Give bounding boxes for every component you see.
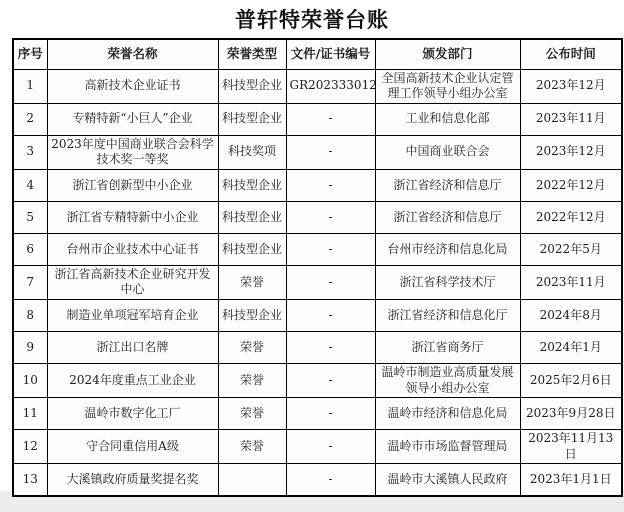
cell-department: 浙江省商务厅 [375, 332, 520, 364]
cell-index: 4 [13, 169, 47, 201]
table-row: 102024年度重点工业企业荣誉-温岭市制造业高质量发展领导小组办公室2025年… [13, 364, 622, 398]
cell-honor-type: 荣誉 [218, 364, 286, 398]
cell-department: 温岭市市场监督管理局 [375, 430, 520, 464]
cell-department: 工业和信息化部 [375, 103, 520, 135]
cell-cert-number: - [286, 201, 375, 233]
cell-honor-name: 温岭市数字化工厂 [47, 398, 218, 430]
cell-index: 7 [13, 265, 47, 299]
cell-publish-date: 2024年8月 [520, 300, 622, 332]
table-row: 8制造业单项冠军培育企业科技型企业-浙江省经济和信息化厅2024年8月 [13, 300, 622, 332]
cell-honor-type: 科技型企业 [218, 69, 286, 103]
cell-department: 浙江省科学技术厅 [375, 265, 520, 299]
table-row: 5浙江省专精特新中小企业科技型企业-浙江省经济和信息厅2022年12月 [13, 201, 622, 233]
column-header-honor-type: 荣誉类型 [218, 39, 286, 69]
cell-index: 5 [13, 201, 47, 233]
cell-cert-number: - [286, 398, 375, 430]
cell-cert-number: - [286, 364, 375, 398]
cell-honor-name: 守合同重信用A级 [47, 430, 218, 464]
cell-honor-name: 专精特新“小巨人”企业 [47, 103, 218, 135]
cell-honor-name: 浙江出口名牌 [47, 332, 218, 364]
table-row: 1高新技术企业证书科技型企业GR202333012075全国高新技术企业认定管理… [13, 69, 622, 103]
cell-honor-name: 浙江省专精特新中小企业 [47, 201, 218, 233]
cell-honor-type: 科技型企业 [218, 233, 286, 265]
cell-honor-type: 科技型企业 [218, 201, 286, 233]
cell-publish-date: 2023年1月1日 [520, 464, 622, 496]
cell-publish-date: 2022年12月 [520, 201, 622, 233]
cell-publish-date: 2023年11月 [520, 265, 622, 299]
cell-publish-date: 2024年1月 [520, 332, 622, 364]
column-header-cert-number: 文件/证书编号 [286, 39, 375, 69]
cell-department: 台州市经济和信息化局 [375, 233, 520, 265]
cell-honor-type: 科技型企业 [218, 300, 286, 332]
table-row: 9浙江出口名牌荣誉-浙江省商务厅2024年1月 [13, 332, 622, 364]
cell-honor-name: 大溪镇政府质量奖提名奖 [47, 464, 218, 496]
cell-index: 6 [13, 233, 47, 265]
table-row: 4浙江省创新型中小企业科技型企业-浙江省经济和信息厅2022年12月 [13, 169, 622, 201]
cell-index: 9 [13, 332, 47, 364]
cell-index: 13 [13, 464, 47, 496]
table-row: 7浙江省高新技术企业研究开发中心荣誉-浙江省科学技术厅2023年11月 [13, 265, 622, 299]
honor-table-body: 1高新技术企业证书科技型企业GR202333012075全国高新技术企业认定管理… [13, 69, 622, 496]
column-header-index: 序号 [13, 39, 47, 69]
cell-publish-date: 2023年11月13日 [520, 430, 622, 464]
cell-cert-number: GR202333012075 [286, 69, 375, 103]
table-row: 6台州市企业技术中心证书科技型企业-台州市经济和信息化局2022年5月 [13, 233, 622, 265]
cell-cert-number: - [286, 332, 375, 364]
cell-honor-name: 2023年度中国商业联合会科学技术奖一等奖 [47, 135, 218, 169]
cell-department: 温岭市经济和信息化局 [375, 398, 520, 430]
cell-honor-name: 台州市企业技术中心证书 [47, 233, 218, 265]
document-page: 普轩特荣誉台账 序号 荣誉名称 荣誉类型 文件/证书编号 颁发部门 公布时间 1… [0, 0, 624, 512]
cell-department: 浙江省经济和信息厅 [375, 201, 520, 233]
cell-cert-number: - [286, 169, 375, 201]
table-row: 11温岭市数字化工厂荣誉-温岭市经济和信息化局2023年9月28日 [13, 398, 622, 430]
cell-publish-date: 2023年11月 [520, 103, 622, 135]
cell-department: 全国高新技术企业认定管理工作领导小组办公室 [375, 69, 520, 103]
cell-honor-type: 科技奖项 [218, 135, 286, 169]
table-row: 2专精特新“小巨人”企业科技型企业-工业和信息化部2023年11月 [13, 103, 622, 135]
cell-honor-type: 荣誉 [218, 430, 286, 464]
cell-publish-date: 2023年9月28日 [520, 398, 622, 430]
cell-cert-number: - [286, 464, 375, 496]
table-row: 12守合同重信用A级荣誉-温岭市市场监督管理局2023年11月13日 [13, 430, 622, 464]
cell-honor-name: 制造业单项冠军培育企业 [47, 300, 218, 332]
cell-publish-date: 2025年2月6日 [520, 364, 622, 398]
cell-cert-number: - [286, 265, 375, 299]
honor-table-header: 序号 荣誉名称 荣誉类型 文件/证书编号 颁发部门 公布时间 [13, 39, 622, 69]
cell-index: 11 [13, 398, 47, 430]
cell-index: 10 [13, 364, 47, 398]
cell-cert-number: - [286, 430, 375, 464]
cell-index: 12 [13, 430, 47, 464]
cell-cert-number: - [286, 103, 375, 135]
cell-department: 浙江省经济和信息厅 [375, 169, 520, 201]
cell-index: 3 [13, 135, 47, 169]
cell-honor-name: 浙江省高新技术企业研究开发中心 [47, 265, 218, 299]
cell-publish-date: 2022年5月 [520, 233, 622, 265]
cell-index: 8 [13, 300, 47, 332]
cell-publish-date: 2023年12月 [520, 69, 622, 103]
cell-cert-number: - [286, 233, 375, 265]
cell-publish-date: 2022年12月 [520, 169, 622, 201]
column-header-honor-name: 荣誉名称 [47, 39, 218, 69]
cell-department: 中国商业联合会 [375, 135, 520, 169]
column-header-department: 颁发部门 [375, 39, 520, 69]
cell-honor-name: 高新技术企业证书 [47, 69, 218, 103]
cell-honor-type [218, 464, 286, 496]
cell-honor-type: 荣誉 [218, 398, 286, 430]
cell-honor-type: 荣誉 [218, 265, 286, 299]
cell-honor-name: 2024年度重点工业企业 [47, 364, 218, 398]
honor-table: 序号 荣誉名称 荣誉类型 文件/证书编号 颁发部门 公布时间 1高新技术企业证书… [12, 38, 623, 497]
cell-cert-number: - [286, 300, 375, 332]
cell-index: 1 [13, 69, 47, 103]
cell-cert-number: - [286, 135, 375, 169]
table-row: 32023年度中国商业联合会科学技术奖一等奖科技奖项-中国商业联合会2023年1… [13, 135, 622, 169]
cell-department: 温岭市大溪镇人民政府 [375, 464, 520, 496]
cell-honor-type: 科技型企业 [218, 103, 286, 135]
cell-publish-date: 2023年12月 [520, 135, 622, 169]
page-title: 普轩特荣誉台账 [0, 4, 624, 34]
cell-department: 温岭市制造业高质量发展领导小组办公室 [375, 364, 520, 398]
cell-honor-type: 科技型企业 [218, 169, 286, 201]
cell-index: 2 [13, 103, 47, 135]
cell-honor-name: 浙江省创新型中小企业 [47, 169, 218, 201]
column-header-publish-date: 公布时间 [520, 39, 622, 69]
table-row: 13大溪镇政府质量奖提名奖-温岭市大溪镇人民政府2023年1月1日 [13, 464, 622, 496]
cell-department: 浙江省经济和信息化厅 [375, 300, 520, 332]
header-row: 序号 荣誉名称 荣誉类型 文件/证书编号 颁发部门 公布时间 [13, 39, 622, 69]
cell-honor-type: 荣誉 [218, 332, 286, 364]
